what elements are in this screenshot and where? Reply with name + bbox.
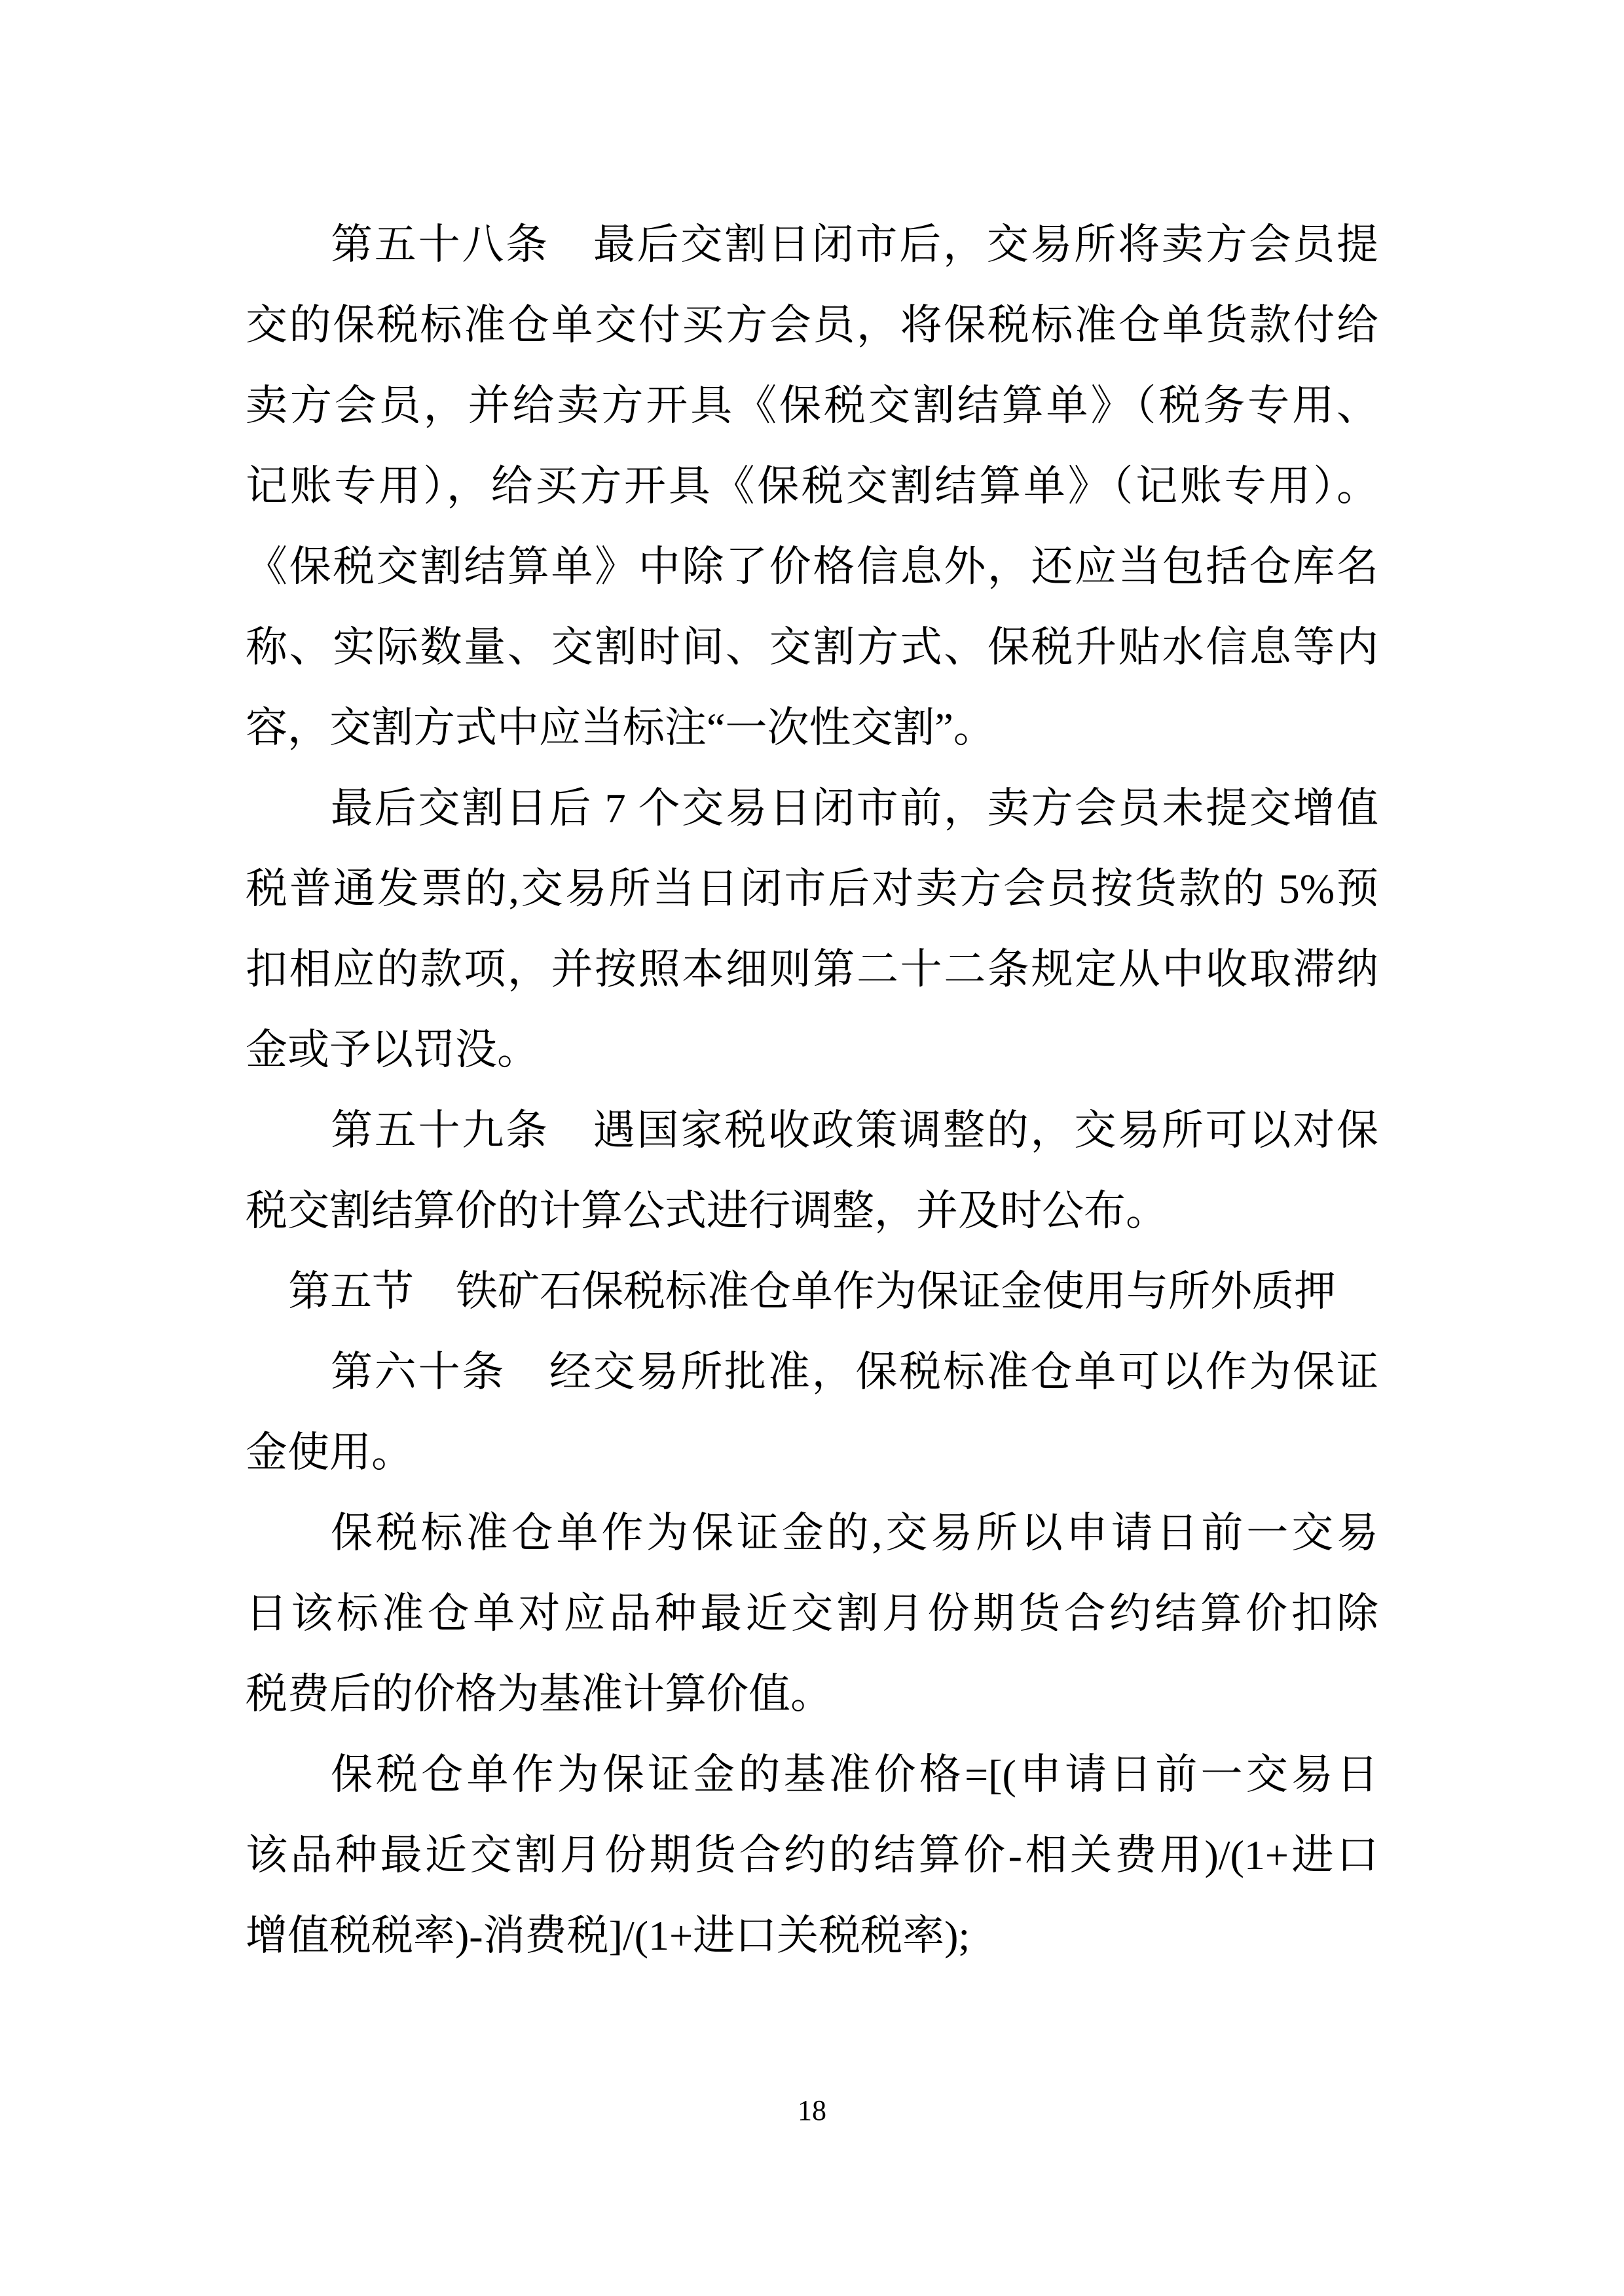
text-line: 第六十条 经交易所批准，保税标准仓单可以作为保证 [246,1332,1378,1412]
text-line: 第五十九条 遇国家税收政策调整的，交易所可以对保 [246,1090,1378,1171]
text-line: 金或予以罚没。 [246,1010,1378,1090]
document-body: 第五十八条 最后交割日闭市后，交易所将卖方会员提 交的保税标准仓单交付买方会员，… [246,204,1378,1976]
text-line: 金使用。 [246,1412,1378,1493]
text-line: 税交割结算价的计算公式进行调整，并及时公布。 [246,1171,1378,1251]
text-line: 保税标准仓单作为保证金的,交易所以申请日前一交易 [246,1493,1378,1573]
text-line: 《保税交割结算单》中除了价格信息外，还应当包括仓库名 [246,526,1378,607]
page-footer: 18 [0,2094,1624,2128]
section-heading: 第五节 铁矿石保税标准仓单作为保证金使用与所外质押 [246,1251,1378,1332]
text-line: 税普通发票的,交易所当日闭市后对卖方会员按货款的 5%预 [246,848,1378,929]
text-line: 增值税税率)-消费税]/(1+进口关税税率); [246,1895,1378,1976]
text-line: 该品种最近交割月份期货合约的结算价-相关费用)/(1+进口 [246,1815,1378,1895]
text-line: 第五十八条 最后交割日闭市后，交易所将卖方会员提 [246,204,1378,285]
text-line: 保税仓单作为保证金的基准价格=[(申请日前一交易日 [246,1734,1378,1815]
text-line: 容，交割方式中应当标注“一次性交割”。 [246,687,1378,768]
document-page: 第五十八条 最后交割日闭市后，交易所将卖方会员提 交的保税标准仓单交付买方会员，… [0,0,1624,2296]
text-line: 最后交割日后 7 个交易日闭市前，卖方会员未提交增值 [246,768,1378,848]
text-line: 扣相应的款项，并按照本细则第二十二条规定从中收取滞纳 [246,929,1378,1010]
text-line: 称、实际数量、交割时间、交割方式、保税升贴水信息等内 [246,607,1378,687]
text-line: 日该标准仓单对应品种最近交割月份期货合约结算价扣除 [246,1573,1378,1654]
text-line: 税费后的价格为基准计算价值。 [246,1654,1378,1734]
text-line: 卖方会员，并给卖方开具《保税交割结算单》（税务专用、 [246,365,1378,446]
text-line: 交的保税标准仓单交付买方会员，将保税标准仓单货款付给 [246,285,1378,365]
page-number: 18 [798,2094,826,2126]
text-line: 记账专用），给买方开具《保税交割结算单》（记账专用）。 [246,446,1378,526]
